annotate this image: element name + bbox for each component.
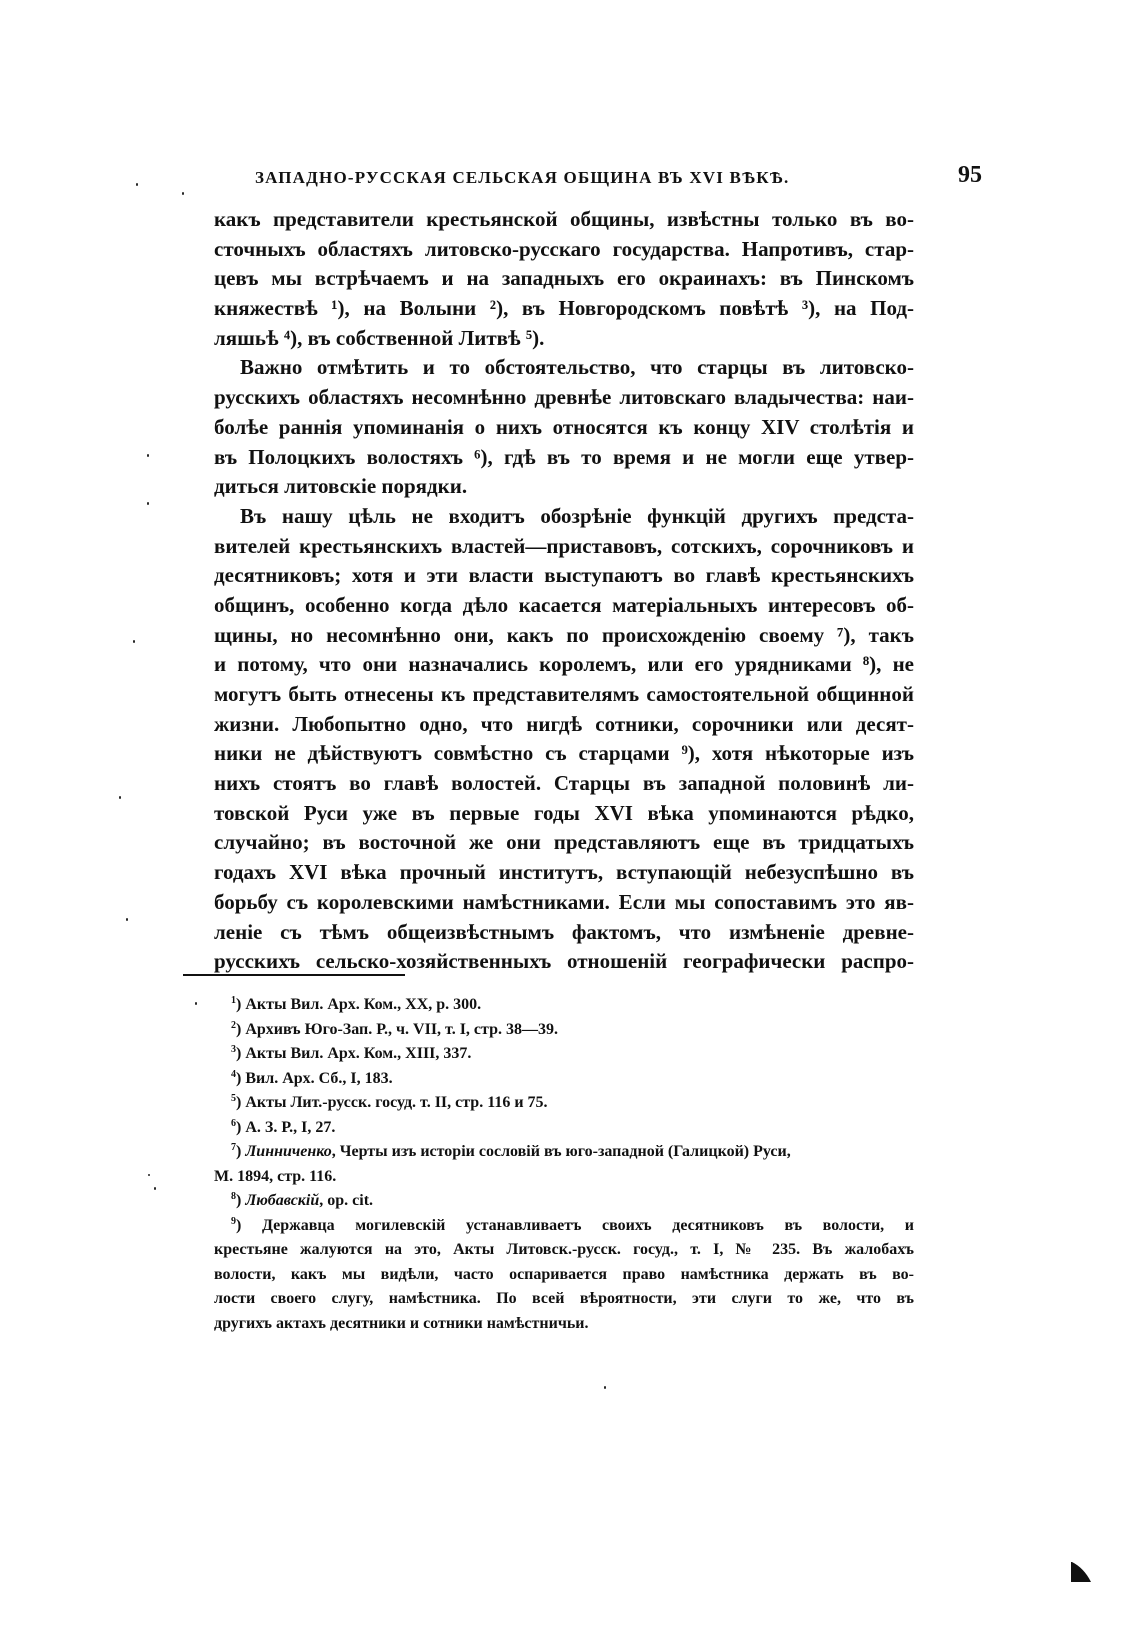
footnote-6: 6) А. З. Р., I, 27. [214, 1116, 914, 1141]
body-line-paragraph-start: Важно отмѣтить и то обстоятельство, что … [214, 353, 914, 383]
footnote-5: 5) Акты Лит.-русск. госуд. т. II, стр. 1… [214, 1091, 914, 1116]
footnote-mark-paren: ) [236, 1119, 241, 1136]
body-line: сточныхъ областяхъ литовско-русскаго гос… [214, 235, 914, 265]
footnote-mark-paren: ) [236, 1217, 241, 1234]
footnote-9-continuation: другихъ актахъ десятники и сотники намѣс… [214, 1312, 914, 1337]
footnote-text: Архивъ Юго-Зап. Р., ч. VII, т. I, стр. 3… [245, 1021, 558, 1038]
body-line: вителей крестьянскихъ властей—приставовъ… [214, 532, 914, 562]
footnotes: 1) Акты Вил. Арх. Ком., XX, р. 300. 2) А… [214, 993, 914, 1336]
body-line: и потому, что они назначались королемъ, … [214, 650, 914, 680]
page-number: 95 [958, 162, 982, 189]
footnote-mark-paren: ) [236, 1070, 241, 1087]
footnote-1: 1) Акты Вил. Арх. Ком., XX, р. 300. [214, 993, 914, 1018]
footnote-text: Акты Вил. Арх. Ком., XIII, 337. [245, 1045, 471, 1062]
scan-speck [136, 183, 138, 186]
footnote-4: 4) Вил. Арх. Сб., I, 183. [214, 1067, 914, 1092]
footnote-mark-paren: ) [236, 1094, 241, 1111]
body-line: общинъ, особенно когда дѣло касается мат… [214, 591, 914, 621]
footnote-9-continuation: волости, какъ мы видѣли, часто оспаривае… [214, 1263, 914, 1288]
body-line: жизни. Любопытно одно, что нигдѣ сотники… [214, 710, 914, 740]
footnote-3: 3) Акты Вил. Арх. Ком., XIII, 337. [214, 1042, 914, 1067]
scan-speck [182, 192, 184, 195]
footnote-text: Акты Вил. Арх. Ком., XX, р. 300. [245, 996, 481, 1013]
book-page: ЗАПАДНО-РУССКАЯ СЕЛЬСКАЯ ОБЩИНА ВЪ XVI В… [0, 0, 1140, 1638]
body-line: ники не дѣйствуютъ совмѣстно съ старцами… [214, 739, 914, 769]
body-line: щины, но несомнѣнно они, какъ по происхо… [214, 621, 914, 651]
body-text: какъ представители крестьянской общины, … [214, 205, 914, 977]
body-line: десятниковъ; хотя и эти власти выступают… [214, 561, 914, 591]
scan-speck [148, 1174, 150, 1176]
body-line-paragraph-start: Въ нашу цѣль не входитъ обозрѣніе функці… [214, 502, 914, 532]
footnote-mark-paren: ) [236, 1021, 241, 1038]
footnote-text: Акты Лит.-русск. госуд. т. II, стр. 116 … [245, 1094, 547, 1111]
body-line: могутъ быть отнесены къ представителямъ … [214, 680, 914, 710]
footnote-text: , op. cit. [319, 1192, 373, 1209]
footnote-7-continuation: М. 1894, стр. 116. [214, 1165, 914, 1190]
footnote-9-continuation: лости своего слугу, намѣстника. По всей … [214, 1287, 914, 1312]
footnote-2: 2) Архивъ Юго-Зап. Р., ч. VII, т. I, стр… [214, 1018, 914, 1043]
body-line: русскихъ областяхъ несомнѣнно древнѣе ли… [214, 383, 914, 413]
body-line: ляшьѣ ⁴), въ собственной Литвѣ ⁵). [214, 324, 914, 354]
body-line: русскихъ сельско-хозяйственныхъ отношені… [214, 947, 914, 977]
footnote-text: Державца могилевскій устанавливаетъ свои… [262, 1217, 914, 1234]
running-head-title: ЗАПАДНО-РУССКАЯ СЕЛЬСКАЯ ОБЩИНА ВЪ XVI В… [255, 168, 855, 188]
body-line: въ Полоцкихъ волостяхъ ⁶), гдѣ въ то вре… [214, 443, 914, 473]
body-line: княжествѣ ¹), на Волыни ²), въ Новгородс… [214, 294, 914, 324]
footnote-mark-paren: ) [236, 1143, 241, 1160]
footnote-text: , Черты изъ исторіи сословій въ юго-запа… [332, 1143, 791, 1160]
footnote-author: Линниченко [245, 1143, 331, 1160]
page-corner-arrow-icon [1070, 1562, 1092, 1582]
footnote-mark-paren: ) [236, 1192, 241, 1209]
scan-speck [133, 640, 135, 643]
body-line: болѣе раннія упоминанія о нихъ относятся… [214, 413, 914, 443]
footnote-9-continuation: крестьяне жалуются на это, Акты Литовск.… [214, 1238, 914, 1263]
scan-speck [147, 502, 149, 505]
footnote-9: 9) Державца могилевскій устанавливаетъ с… [214, 1214, 914, 1239]
body-line: какъ представители крестьянской общины, … [214, 205, 914, 235]
footnote-separator-rule [183, 974, 405, 976]
body-line: нихъ стоятъ во главѣ волостей. Старцы въ… [214, 769, 914, 799]
scan-speck [154, 1187, 156, 1190]
scan-speck [604, 1386, 606, 1389]
body-line: борьбу съ королевскими намѣстниками. Есл… [214, 888, 914, 918]
scan-speck [126, 918, 128, 921]
footnote-author: Любавскій [245, 1192, 319, 1209]
body-line: товской Руси уже въ первые годы XVI вѣка… [214, 799, 914, 829]
body-line: леніе съ тѣмъ общеизвѣстнымъ фактомъ, чт… [214, 918, 914, 948]
body-line: цевъ мы встрѣчаемъ и на западныхъ его ок… [214, 264, 914, 294]
scan-speck [119, 796, 121, 799]
footnote-7: 7) Линниченко, Черты изъ исторіи сослові… [214, 1140, 914, 1165]
footnote-mark-paren: ) [236, 1045, 241, 1062]
footnote-8: 8) Любавскій, op. cit. [214, 1189, 914, 1214]
body-line: случайно; въ восточной же они представля… [214, 828, 914, 858]
footnote-text: Вил. Арх. Сб., I, 183. [245, 1070, 392, 1087]
footnote-text: А. З. Р., I, 27. [245, 1119, 335, 1136]
body-line: диться литовскіе порядки. [214, 472, 914, 502]
footnote-mark-paren: ) [236, 996, 241, 1013]
body-line: годахъ XVI вѣка прочный институтъ, вступ… [214, 858, 914, 888]
scan-speck [195, 1002, 197, 1005]
scan-speck [147, 454, 149, 457]
